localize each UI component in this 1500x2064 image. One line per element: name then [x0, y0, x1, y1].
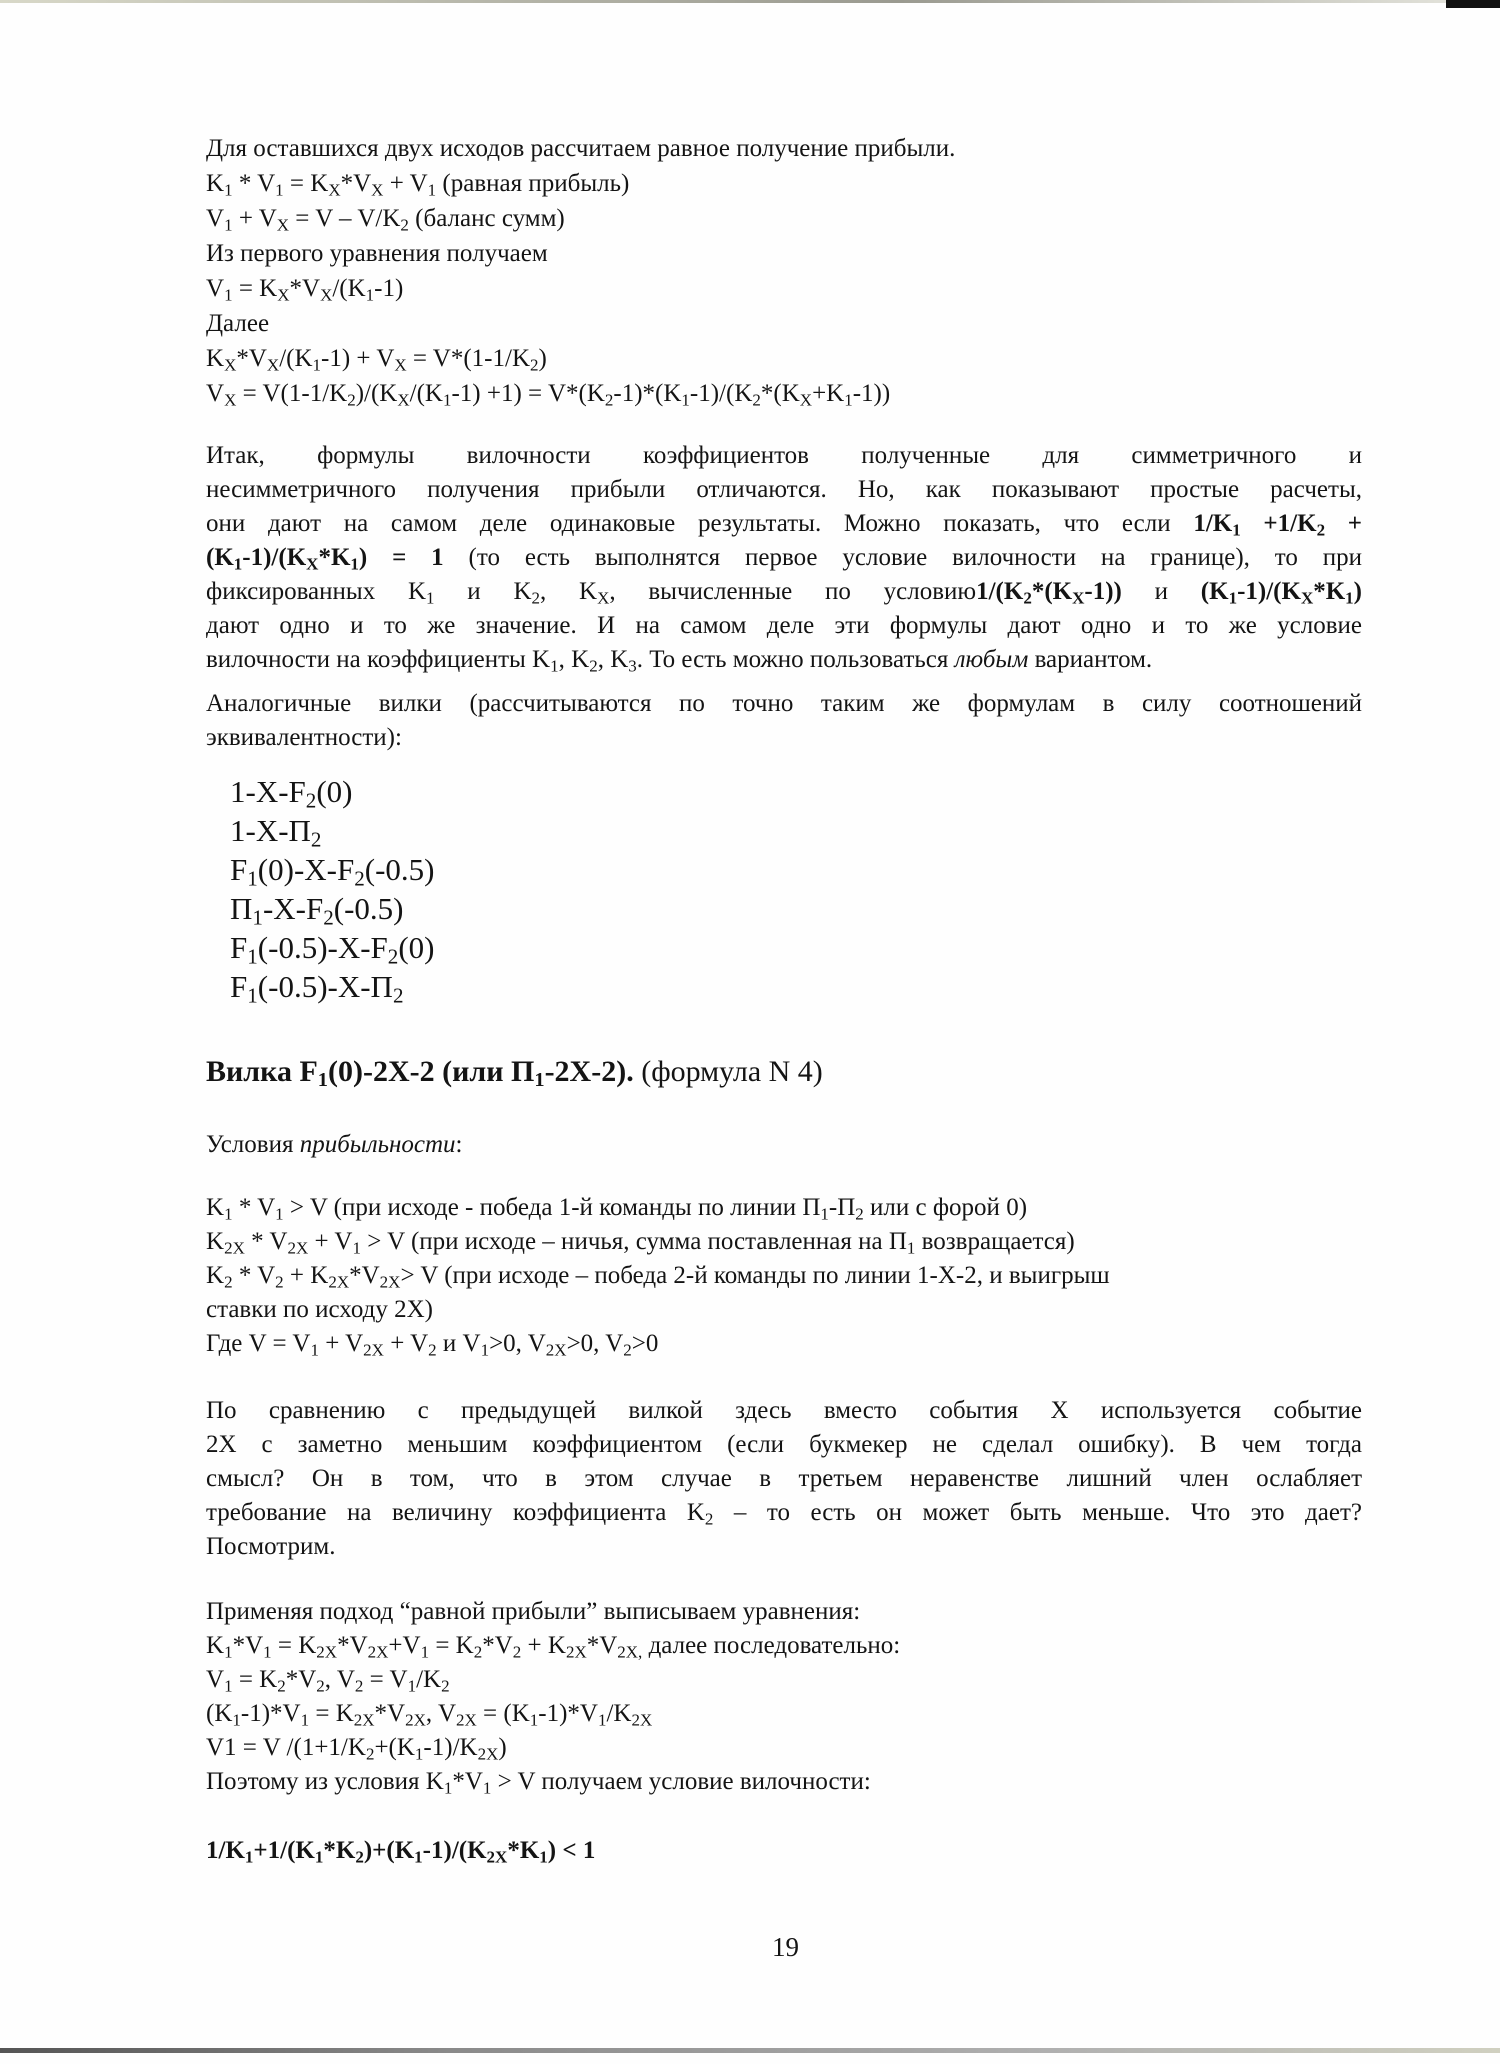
- text-line: фиксированных K1 и K2, KX, вычисленные п…: [206, 577, 1362, 607]
- text-line: эквивалентности):: [206, 723, 402, 753]
- scan-corner-mark: [1446, 0, 1500, 8]
- text-line: Посмотрим.: [206, 1532, 335, 1562]
- condition-line: K2X * V2X + V1 > V (при исходе – ничья, …: [206, 1227, 1075, 1257]
- text-line: Для оставшихся двух исходов рассчитаем р…: [206, 134, 955, 164]
- text-line: Применяя подход “равной прибыли” выписыв…: [206, 1597, 860, 1627]
- condition-line: K2 * V2 + K2X*V2X> V (при исходе – побед…: [206, 1261, 1110, 1291]
- text-line: дают одно и то же значение. И на самом д…: [206, 611, 1362, 641]
- fork-item: 1-X-П2: [230, 812, 321, 850]
- text-line: (K1-1)/(KX*K1) = 1 (то есть выполнятся п…: [206, 543, 1362, 573]
- conditions-title: Условия прибыльности:: [206, 1130, 463, 1160]
- fork-item: 1-X-F2(0): [230, 773, 352, 811]
- fork-item: F1(-0.5)-X-F2(0): [230, 929, 435, 967]
- equation-balance: V1 + VX = V – V/K2 (баланс сумм): [206, 204, 565, 234]
- text-line: требование на величину коэффициента K2 –…: [206, 1498, 1362, 1528]
- text-line: Из первого уравнения получаем: [206, 239, 548, 269]
- equation-v1: V1 = KX*VX/(K1-1): [206, 274, 403, 304]
- fork-condition-result: 1/K1+1/(K1*K2)+(K1-1)/(K2X*K1) < 1: [206, 1836, 595, 1866]
- text-line: вилочности на коэффициенты K1, K2, K3. Т…: [206, 645, 1362, 675]
- scan-edge-top: [0, 0, 1500, 3]
- text-line: смысл? Он в том, что в этом случае в тре…: [206, 1464, 1362, 1494]
- equation-substitution: KX*VX/(K1-1) + VX = V*(1-1/K2): [206, 344, 547, 374]
- text-line: они дают на самом деле одинаковые резуль…: [206, 509, 1362, 539]
- page-number: 19: [772, 1932, 799, 1963]
- equation-line: V1 = V /(1+1/K2+(K1-1)/K2X): [206, 1733, 507, 1763]
- text-line: несимметричного получения прибыли отлича…: [206, 475, 1362, 505]
- fork-item: П1-X-F2(-0.5): [230, 890, 404, 928]
- fork-item: F1(0)-X-F2(-0.5): [230, 851, 435, 889]
- section-heading: Вилка F1(0)-2X-2 (или П1-2X-2). (формула…: [206, 1054, 823, 1090]
- equation-vx: VX = V(1-1/K2)/(KX/(K1-1) +1) = V*(K2-1)…: [206, 379, 890, 409]
- condition-line: K1 * V1 > V (при исходе - победа 1-й ком…: [206, 1193, 1027, 1223]
- condition-where: Где V = V1 + V2X + V2 и V1>0, V2X>0, V2>…: [206, 1329, 658, 1359]
- text-line: Аналогичные вилки (рассчитываются по точ…: [206, 689, 1362, 719]
- equation-line: V1 = K2*V2, V2 = V1/K2: [206, 1665, 450, 1695]
- text-line: 2X с заметно меньшим коэффициентом (если…: [206, 1430, 1362, 1460]
- fork-item: F1(-0.5)-X-П2: [230, 968, 403, 1006]
- equation-equal-profit: K1 * V1 = KX*VX + V1 (равная прибыль): [206, 169, 629, 199]
- text-line: Итак, формулы вилочности коэффициентов п…: [206, 441, 1362, 471]
- condition-line: ставки по исходу 2X): [206, 1295, 433, 1325]
- equation-line: (K1-1)*V1 = K2X*V2X, V2X = (K1-1)*V1/K2X: [206, 1699, 652, 1729]
- equation-line: K1*V1 = K2X*V2X+V1 = K2*V2 + K2X*V2X, да…: [206, 1631, 900, 1661]
- text-line: По сравнению с предыдущей вилкой здесь в…: [206, 1396, 1362, 1426]
- text-line: Далее: [206, 309, 269, 339]
- scan-edge-bottom: [0, 2048, 1500, 2053]
- text-line: Поэтому из условия K1*V1 > V получаем ус…: [206, 1767, 871, 1797]
